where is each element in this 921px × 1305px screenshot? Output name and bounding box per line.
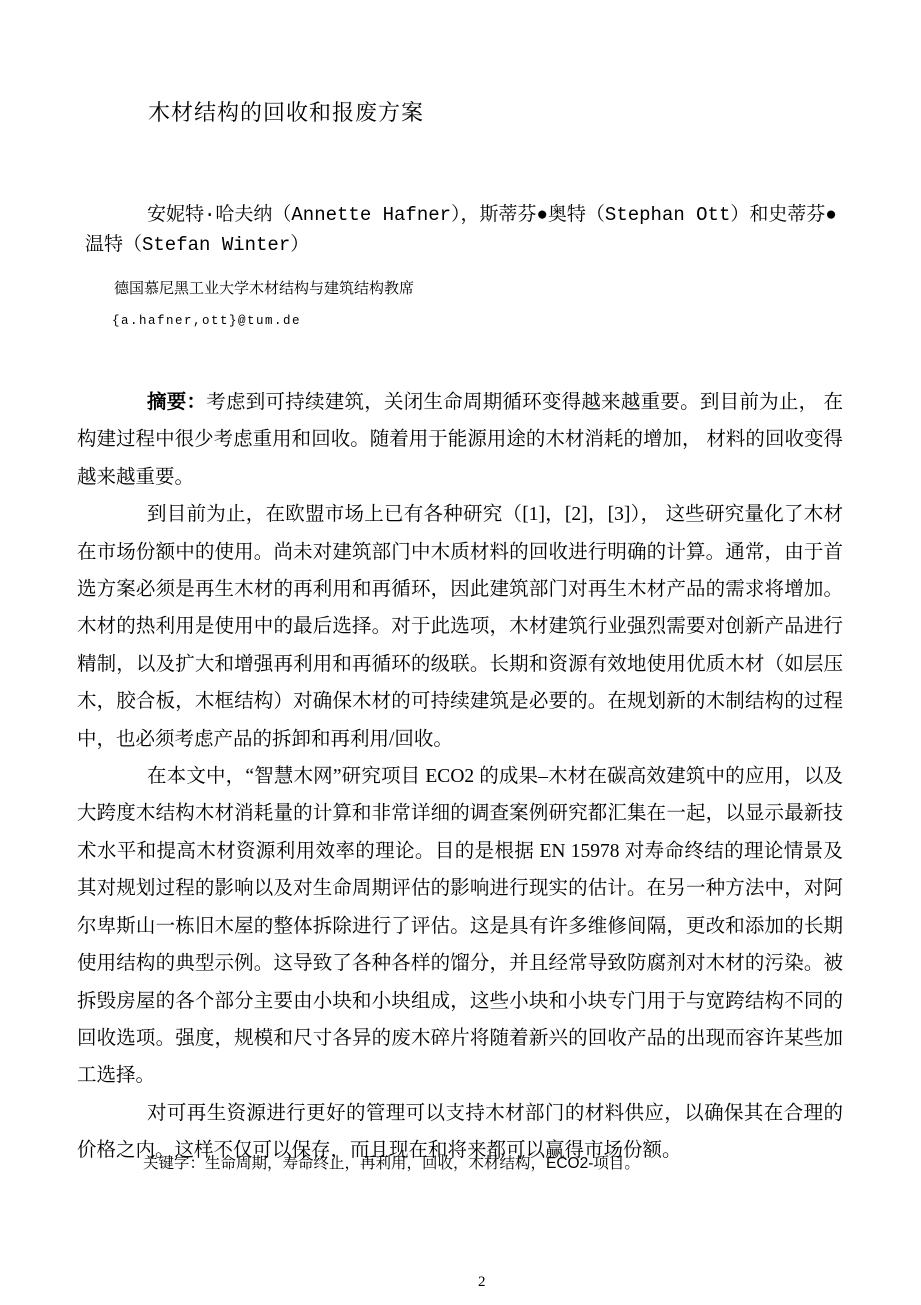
document-page: 木材结构的回收和报废方案 安妮特·哈夫纳（Annette Hafner），斯蒂芬… (0, 0, 921, 1305)
email-line: {a.hafner,ott}@tum.de (112, 314, 301, 328)
body-paragraph: 到目前为止，在欧盟市场上已有各种研究（[1]，[2]，[3]）， 这些研究量化了… (77, 496, 843, 758)
document-body: 摘要：考虑到可持续建筑，关闭生命周期循环变得越来越重要。到目前为止， 在构建过程… (77, 384, 843, 1170)
body-paragraph: 在本文中，“智慧木网”研究项目 ECO2 的成果–木材在碳高效建筑中的应用，以及… (77, 758, 843, 1095)
abstract-paragraph: 摘要：考虑到可持续建筑，关闭生命周期循环变得越来越重要。到目前为止， 在构建过程… (77, 384, 843, 496)
keywords-line: 关键字：生命周期，寿命终止，再利用，回收，木材结构，ECO2-项目。 (77, 1150, 843, 1178)
authors-line: 安妮特·哈夫纳（Annette Hafner），斯蒂芬●奥特（Stephan O… (85, 200, 847, 260)
abstract-label: 摘要： (147, 392, 206, 413)
page-number: 2 (478, 1274, 486, 1291)
affiliation-line: 德国慕尼黑工业大学木材结构与建筑结构教席 (114, 279, 414, 299)
page-title: 木材结构的回收和报废方案 (148, 100, 424, 126)
